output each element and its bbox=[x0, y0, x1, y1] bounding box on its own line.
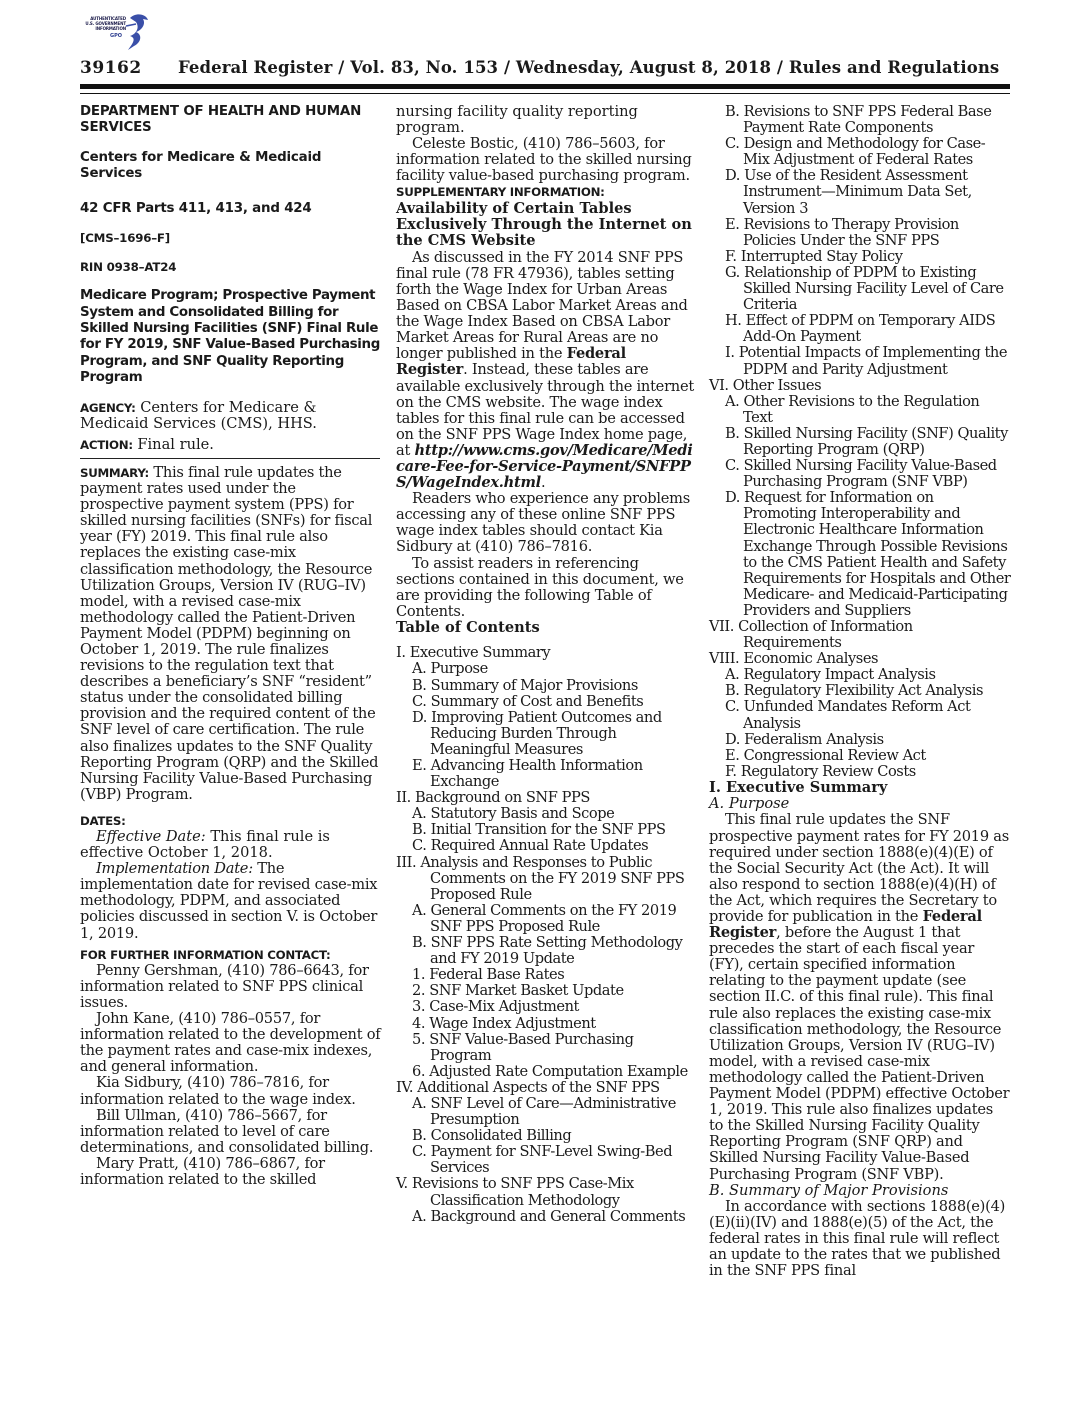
toc-heading: Table of Contents bbox=[396, 620, 696, 636]
gpo-label: GPO bbox=[110, 33, 122, 39]
effective-date-label: Effective Date: bbox=[96, 828, 206, 845]
toc-item: B. Summary of Major Provisions bbox=[396, 678, 696, 694]
toc-item: II. Background on SNF PPS bbox=[396, 790, 696, 806]
toc-item: D. Federalism Analysis bbox=[709, 732, 1011, 748]
dates-label: DATES: bbox=[80, 813, 382, 829]
implementation-date-label: Implementation Date: bbox=[96, 860, 253, 877]
toc-item: A. Other Revisions to the Regulation Tex… bbox=[709, 394, 1011, 426]
gpo-authentication-logo: AUTHENTICATED U.S. GOVERNMENT INFORMATIO… bbox=[80, 12, 152, 52]
agency-subheading: Centers for Medicare & Medicaid Services bbox=[80, 150, 382, 183]
running-header: 39162 Federal Register / Vol. 83, No. 15… bbox=[80, 58, 1010, 80]
toc-item: VIII. Economic Analyses bbox=[709, 651, 1011, 667]
purpose-paragraph: This final rule updates the SNF prospect… bbox=[709, 812, 1011, 1182]
toc-item: C. Summary of Cost and Benefits bbox=[396, 694, 696, 710]
docket-number: [CMS–1696–F] bbox=[80, 230, 382, 246]
toc-item: B. SNF PPS Rate Setting Methodology and … bbox=[396, 935, 696, 967]
supplementary-label: SUPPLEMENTARY INFORMATION: bbox=[396, 184, 696, 200]
contact-label: FOR FURTHER INFORMATION CONTACT: bbox=[80, 947, 382, 963]
toc-item: B. Initial Transition for the SNF PPS bbox=[396, 822, 696, 838]
toc-item: 4. Wage Index Adjustment bbox=[396, 1016, 696, 1032]
toc-item: B. Revisions to SNF PPS Federal Base Pay… bbox=[709, 104, 1011, 136]
table-of-contents-continued: B. Revisions to SNF PPS Federal Base Pay… bbox=[709, 104, 1011, 780]
toc-item: D. Request for Information on Promoting … bbox=[709, 490, 1011, 619]
readers-paragraph: Readers who experience any problems acce… bbox=[396, 491, 696, 555]
toc-item: VII. Collection of Information Requireme… bbox=[709, 619, 1011, 651]
logo-text: AUTHENTICATED U.S. GOVERNMENT INFORMATIO… bbox=[80, 16, 126, 31]
eagle-icon bbox=[124, 12, 150, 52]
toc-item: E. Congressional Review Act bbox=[709, 748, 1011, 764]
toc-item: F. Regulatory Review Costs bbox=[709, 764, 1011, 780]
purpose-heading: A. Purpose bbox=[709, 796, 1011, 812]
toc-item: C. Unfunded Mandates Reform Act Analysis bbox=[709, 699, 1011, 731]
action-text: Final rule. bbox=[137, 436, 214, 453]
toc-item: 6. Adjusted Rate Computation Example bbox=[396, 1064, 696, 1080]
header-rule-thin bbox=[80, 93, 1010, 94]
toc-item: D. Improving Patient Outcomes and Reduci… bbox=[396, 710, 696, 758]
summary-label: SUMMARY: bbox=[80, 466, 149, 480]
section-divider bbox=[80, 458, 380, 459]
implementation-date: Implementation Date: The implementation … bbox=[80, 861, 382, 941]
toc-item: IV. Additional Aspects of the SNF PPS bbox=[396, 1080, 696, 1096]
rule-title: Medicare Program; Prospective Payment Sy… bbox=[80, 288, 382, 386]
toc-item: 5. SNF Value-Based Purchasing Program bbox=[396, 1032, 696, 1064]
toc-item: A. Background and General Comments bbox=[396, 1209, 696, 1225]
toc-item: A. Statutory Basis and Scope bbox=[396, 806, 696, 822]
contact-entry: Kia Sidbury, (410) 786–7816, for informa… bbox=[80, 1075, 382, 1107]
column-3: B. Revisions to SNF PPS Federal Base Pay… bbox=[709, 104, 1011, 1279]
toc-item: D. Use of the Resident Assessment Instru… bbox=[709, 168, 1011, 216]
rin-number: RIN 0938–AT24 bbox=[80, 259, 382, 275]
toc-item: I. Potential Impacts of Implementing the… bbox=[709, 345, 1011, 377]
toc-item: B. Consolidated Billing bbox=[396, 1128, 696, 1144]
table-of-contents: I. Executive SummaryA. PurposeB. Summary… bbox=[396, 645, 696, 1224]
column-2: nursing facility quality reporting progr… bbox=[396, 104, 696, 1225]
header-rule-thick bbox=[80, 84, 1010, 89]
toc-item: A. Regulatory Impact Analysis bbox=[709, 667, 1011, 683]
contact-continuation: nursing facility quality reporting progr… bbox=[396, 104, 696, 136]
effective-date: Effective Date: This final rule is effec… bbox=[80, 829, 382, 861]
toc-item: C. Payment for SNF-Level Swing-Bed Servi… bbox=[396, 1144, 696, 1176]
executive-summary-heading: I. Executive Summary bbox=[709, 780, 1011, 796]
toc-item: VI. Other Issues bbox=[709, 378, 1011, 394]
toc-item: H. Effect of PDPM on Temporary AIDS Add-… bbox=[709, 313, 1011, 345]
cfr-parts: 42 CFR Parts 411, 413, and 424 bbox=[80, 201, 382, 217]
toc-item: E. Revisions to Therapy Provision Polici… bbox=[709, 217, 1011, 249]
contact-entry: Bill Ullman, (410) 786–5667, for informa… bbox=[80, 1108, 382, 1156]
toc-item: III. Analysis and Responses to Public Co… bbox=[396, 855, 696, 903]
department-heading: DEPARTMENT OF HEALTH AND HUMAN SERVICES bbox=[80, 104, 382, 137]
toc-item: C. Design and Methodology for Case-Mix A… bbox=[709, 136, 1011, 168]
page-number: 39162 bbox=[80, 58, 142, 78]
toc-item: F. Interrupted Stay Policy bbox=[709, 249, 1011, 265]
column-1: DEPARTMENT OF HEALTH AND HUMAN SERVICES … bbox=[80, 104, 382, 1188]
toc-item: C. Required Annual Rate Updates bbox=[396, 838, 696, 854]
toc-item: V. Revisions to SNF PPS Case-Mix Classif… bbox=[396, 1176, 696, 1208]
toc-item: G. Relationship of PDPM to Existing Skil… bbox=[709, 265, 1011, 313]
summary-text: This final rule updates the payment rate… bbox=[80, 464, 378, 803]
availability-heading: Availability of Certain Tables Exclusive… bbox=[396, 201, 696, 250]
toc-item: 2. SNF Market Basket Update bbox=[396, 983, 696, 999]
availability-paragraph: As discussed in the FY 2014 SNF PPS fina… bbox=[396, 250, 696, 491]
running-head-title: Federal Register / Vol. 83, No. 153 / We… bbox=[178, 58, 999, 77]
toc-item: 3. Case-Mix Adjustment bbox=[396, 999, 696, 1015]
agency-label: AGENCY: bbox=[80, 401, 136, 415]
major-provisions-paragraph: In accordance with sections 1888(e)(4)(E… bbox=[709, 1199, 1011, 1279]
toc-item: C. Skilled Nursing Facility Value-Based … bbox=[709, 458, 1011, 490]
agency-section: AGENCY: Centers for Medicare & Medicaid … bbox=[80, 400, 382, 432]
toc-item: A. Purpose bbox=[396, 661, 696, 677]
toc-item: 1. Federal Base Rates bbox=[396, 967, 696, 983]
toc-item: E. Advancing Health Information Exchange bbox=[396, 758, 696, 790]
toc-item: B. Skilled Nursing Facility (SNF) Qualit… bbox=[709, 426, 1011, 458]
contact-entry: Mary Pratt, (410) 786–6867, for informat… bbox=[80, 1156, 382, 1188]
toc-item: B. Regulatory Flexibility Act Analysis bbox=[709, 683, 1011, 699]
action-label: ACTION: bbox=[80, 438, 133, 452]
assist-paragraph: To assist readers in referencing section… bbox=[396, 556, 696, 620]
contact-entry: Celeste Bostic, (410) 786–5603, for info… bbox=[396, 136, 696, 184]
summary-section: SUMMARY: This final rule updates the pay… bbox=[80, 465, 382, 803]
major-provisions-heading: B. Summary of Major Provisions bbox=[709, 1183, 1011, 1199]
toc-item: A. General Comments on the FY 2019 SNF P… bbox=[396, 903, 696, 935]
toc-item: I. Executive Summary bbox=[396, 645, 696, 661]
action-section: ACTION: Final rule. bbox=[80, 437, 382, 453]
contact-entry: John Kane, (410) 786–0557, for informati… bbox=[80, 1011, 382, 1075]
contact-entry: Penny Gershman, (410) 786–6643, for info… bbox=[80, 963, 382, 1011]
toc-item: A. SNF Level of Care—Administrative Pres… bbox=[396, 1096, 696, 1128]
